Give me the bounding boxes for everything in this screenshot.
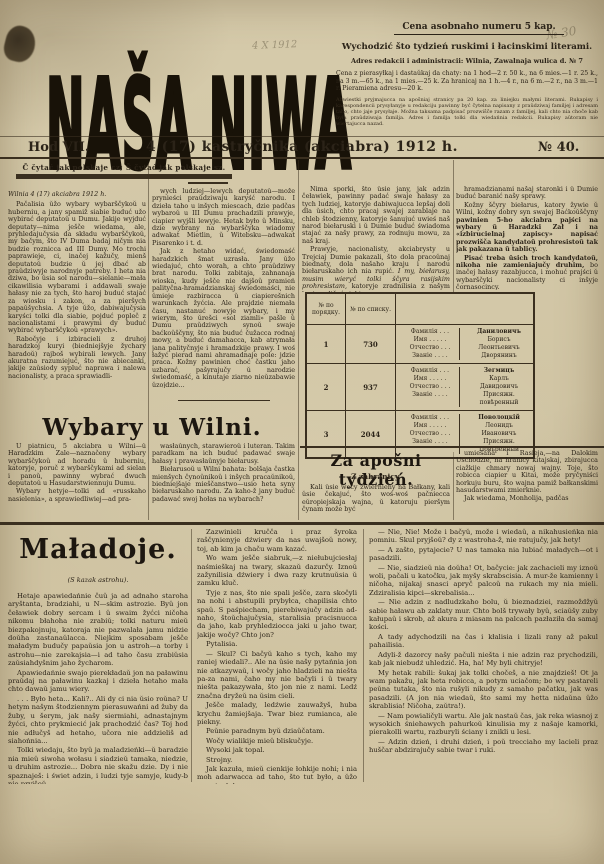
field-label: Фамилія . . .: [396, 328, 459, 336]
paragraph: Ješče malady, ledźwie zauwažyš, huba kry…: [197, 701, 357, 726]
paragraph: Pytalisia.: [197, 640, 357, 648]
paragraph: — Nam powialičyli wartu. Ale jak nastaŭ …: [369, 712, 598, 737]
column-divider: [363, 529, 364, 782]
field-label: Отчество . . .: [396, 383, 459, 391]
editorial-column-1: Wilnia 4 (17) akciabra 1912 h. Pačalisia…: [8, 191, 146, 421]
paragraph: Jak z hetaho widać, świedomaść haradzkic…: [152, 248, 295, 388]
editorial-column-2: wych ludziej—lewych deputatoŭ—može pryni…: [152, 188, 295, 388]
field-label: Отчество . . .: [396, 344, 459, 352]
paragraph: Biełarusoŭ u Wilni bahata: bolšaja častk…: [152, 466, 295, 503]
text-run: Kožny ščyry biełarus, katory žywie ŭ Wil…: [456, 201, 598, 216]
headline-maladoje: Maładoje.: [8, 534, 188, 565]
cell-candidate: Фамилія . . .Зегмицъ Имя . . . . .Карлъ …: [395, 364, 533, 410]
cell-candidate: Фамилія . . .Даниловичъ Имя . . . . .Бор…: [395, 325, 533, 363]
paragraph: Wo wam ješče siabruk,—z niełubujciesłaj …: [197, 554, 357, 588]
paragraph: Rabočyje i izbiracieli z druhoj haradzko…: [8, 336, 146, 380]
field-value: Ивановичъ: [459, 430, 533, 438]
column-divider: [453, 160, 454, 292]
paragraph: Pačalisia ŭžo wybary wybarščykoŭ u huber…: [8, 201, 146, 334]
paragraph: Kožny ščyry biełarus, katory žywie ŭ Wil…: [456, 202, 598, 254]
paragraph: — Nie adzin z nadludzkaho bolu, ŭ biezna…: [369, 598, 598, 632]
text-run-bold: pawinien 5-ho akciabra pajści na wybary …: [456, 216, 598, 254]
cell-order: 2: [307, 364, 345, 410]
fine-print-notice: Abwiestki pryjmajucca na apošniaj strani…: [336, 97, 598, 127]
table-row: 1 730 Фамилія . . .Даниловичъ Имя . . . …: [307, 324, 533, 363]
cell-order: 1: [307, 325, 345, 363]
paragraph: umiešana i Rasieja,—na Dalokim Uschodzie…: [456, 450, 598, 494]
field-value: Давидовичъ: [459, 383, 533, 391]
text-run-bold: Pisać treba ŭsich troch kandydatoŭ, niko…: [456, 254, 598, 269]
paragraph: A tady adychodzili na čas i kłalisia i l…: [369, 633, 598, 650]
paragraph: — Adzin dzień, i druhi dzień, i poŭ trec…: [369, 738, 598, 755]
issue-number: № 40.: [538, 140, 579, 155]
paragraph: Adyli-ž dazorcy našy pačuli niešta i nie…: [369, 651, 598, 668]
divider: [300, 446, 604, 448]
editorial-column-3: Nima sporki, što ŭsie jany, jak adzin če…: [302, 186, 450, 292]
publication-schedule: Wychodzić što tydzień ruskimi i łacinski…: [336, 42, 598, 52]
field-label: Фамилія . . .: [396, 367, 459, 375]
divider: [178, 400, 270, 401]
column-divider: [148, 163, 149, 520]
paragraph: Jak kazuła, mieŭ cienkije łohkije nohi; …: [197, 765, 357, 784]
field-label: Отчество . . .: [396, 430, 459, 438]
paragraph: — Skul? Ci bačyŭ kaho s tych, kaho my ra…: [197, 650, 357, 700]
header-order-number: № по порядку.: [307, 294, 345, 324]
paragraph: Hetaje apawiedańnie čuŭ ja ad adnaho sta…: [8, 592, 188, 668]
table-row: 2 937 Фамилія . . .Зегмицъ Имя . . . . .…: [307, 363, 533, 410]
subhead-z-zahranicy: Z zahranicy.: [300, 472, 452, 481]
field-value: Карлъ: [459, 375, 533, 383]
field-value: Дворянинъ: [459, 352, 533, 360]
paragraph: Prawyje, nacionalisty, akciabrysty u Tre…: [302, 246, 450, 292]
field-value: Поволоцкій: [459, 414, 533, 422]
wybary-column-2: wasłaŭnych, starawieroŭ i luteran. Takim…: [152, 443, 295, 521]
paragraph: Apawiedańnie swajo pierekładaŭ jon na pa…: [8, 669, 188, 694]
orthography-notice-text: Č čytać jak polskaje cz; Š čytać jak pol…: [16, 163, 232, 172]
feuilleton-column-a: Hetaje apawiedańnie čuŭ ja ad adnaho sta…: [8, 592, 188, 784]
paragraph: — Nie, Nie! Može i bačyŭ, može i wiedaŭ,…: [369, 528, 598, 545]
subtitle-maladoje: (S kazak astrohu).: [8, 576, 188, 584]
orthography-notice: Č čytać jak polskaje cz; Š čytać jak pol…: [16, 163, 232, 184]
paragraph: hramadzianami našaj staronki i ŭ Dumie b…: [456, 186, 598, 201]
tydzien-column-1: Kali ŭsie wočy zwiernieny na Bałkany, ka…: [302, 484, 450, 522]
field-label: Имя . . . . .: [396, 375, 459, 383]
handwritten-mark-left: 4 X 1912: [252, 39, 298, 52]
headline-wybary-u-wilni: Wybary u Wilni.: [8, 414, 296, 441]
field-value: Зегмицъ: [459, 367, 533, 375]
field-value: Присяжн. повѣренный: [459, 391, 533, 407]
column-divider: [453, 452, 454, 520]
field-value: Леонтьевичъ: [459, 344, 533, 352]
paragraph: Pisać treba ŭsich troch kandydatoŭ, niko…: [456, 255, 598, 290]
paragraph: Tolki wiedaju, što byŭ ja maladzieńki—ŭ …: [8, 746, 188, 784]
table-header-row: № по порядку. № по списку.: [307, 294, 533, 324]
paragraph: My hetak rabili: šukaj jak tolki chočeš,…: [369, 669, 598, 711]
divider: [16, 174, 232, 179]
masthead-info-block: Cena asobnaho numeru 5 kap. Wychodzić št…: [336, 22, 598, 127]
paragraph: Zazwinieli kručča i praz šyroka raščynie…: [197, 528, 357, 553]
field-label: Имя . . . . .: [396, 336, 459, 344]
paragraph: Wysoki jak topal.: [197, 746, 357, 754]
field-label: Фамилія . . .: [396, 414, 459, 422]
field-label: Званіе . . . .: [396, 391, 459, 407]
field-value: Даниловичъ: [459, 328, 533, 336]
paragraph: — A zašto, pytajecie? U nas tamaka nia l…: [369, 546, 598, 563]
cell-list-no: 730: [345, 325, 395, 363]
paragraph: — Nie, siadzieŭ nia doŭha! Ot, bačycie: …: [369, 564, 598, 598]
paragraph: Wočy wialikije mieŭ bliskučyje.: [197, 737, 357, 745]
paragraph: Kali ŭsie wočy zwiernieny na Bałkany, ka…: [302, 484, 450, 514]
paragraph: Peŭnie paradnym byŭ dziaŭčatam.: [197, 727, 357, 735]
divider: [0, 136, 604, 137]
paragraph: . . . Było heta... Kali?.. Ali dy ci nia…: [8, 695, 188, 745]
feuilleton-column-c: — Nie, Nie! Može i bačyŭ, može i wiedaŭ,…: [369, 528, 598, 784]
subscription-prices: Cena z pierasyłkaj i dastaŭkaj da chaty:…: [336, 70, 598, 93]
wybary-column-1: U piatnicu, 5 akciabra u Wilni—ŭ Haradzk…: [8, 443, 146, 521]
feuilleton-column-b: Zazwinieli kručča i praz šyroka raščynie…: [197, 528, 357, 784]
ink-stamp-mark: [1, 23, 39, 65]
paragraph: Nima sporki, što ŭsie jany, jak adzin če…: [302, 186, 450, 245]
paragraph: U piatnicu, 5 akciabra u Wilni—ŭ Haradzk…: [8, 443, 146, 487]
editorial-address: Adres redakcii i administracii: Wilnia, …: [336, 57, 598, 65]
header-list-number: № по списку.: [345, 294, 395, 324]
field-value: Леонидъ: [459, 422, 533, 430]
field-value: Борисъ: [459, 336, 533, 344]
editorial-column-4: hramadzianami našaj staronki i ŭ Dumie b…: [456, 186, 598, 290]
single-issue-price: Cena asobnaho numeru 5 kap.: [394, 22, 564, 35]
divider: [188, 182, 228, 185]
paragraph: Tyje z nas, što nie spali ješče, zara sk…: [197, 589, 357, 639]
newspaper-page: 4 X 1912 № 30 NAŠA NIWA Cena asobnaho nu…: [0, 0, 604, 864]
dateline: Wilnia 4 (17) akciabra 1912 h.: [8, 191, 146, 198]
header-empty: [395, 294, 533, 324]
paragraph: Jak wiedama, Monholija, padčas: [456, 495, 598, 502]
field-label: Званіе . . . .: [396, 352, 459, 360]
column-divider: [191, 529, 192, 782]
candidates-table: № по порядку. № по списку. 1 730 Фамилія…: [305, 292, 535, 459]
paragraph: wych ludziej—lewych deputatoŭ—može pryni…: [152, 188, 295, 247]
field-label: Имя . . . . .: [396, 422, 459, 430]
column-divider: [298, 160, 299, 520]
divider: [0, 522, 604, 525]
paragraph: Wybary hetyje—tolki ad «russkaho nasiele…: [8, 488, 146, 503]
paragraph: Strojny.: [197, 756, 357, 764]
tydzien-column-2: umiešana i Rasieja,—na Dalokim Uschodzie…: [456, 450, 598, 522]
divider: [0, 157, 604, 159]
paragraph: wasłaŭnych, starawieroŭ i luteran. Takim…: [152, 443, 295, 465]
issue-date: 4 (17) kastryčnika (akciabra) 1912 h.: [0, 139, 604, 155]
cell-list-no: 937: [345, 364, 395, 410]
